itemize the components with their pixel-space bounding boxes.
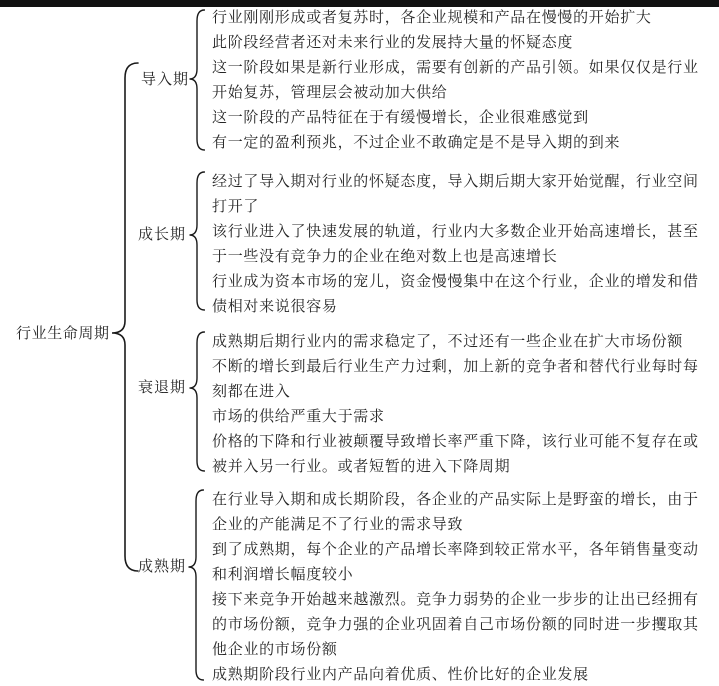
- text-line: 该行业进入了快速发展的轨道，行业内大多数企业开始高速增长，甚至: [212, 220, 712, 245]
- text-line: 他企业的市场份额: [212, 638, 712, 663]
- text-line: 打开了: [212, 195, 712, 220]
- maturity-brace: [188, 489, 204, 681]
- growth-text-block: 经过了导入期对行业的怀疑态度，导入期后期大家开始觉醒，行业空间打开了该行业进入了…: [212, 170, 712, 320]
- industry-lifecycle-mindmap: 行业生命周期 导入期 成长期 衰退期 成熟期 行业刚刚形成或者复苏时，各企业规模…: [0, 0, 719, 686]
- text-line: 市场的供给严重大于需求: [212, 405, 712, 430]
- text-line: 接下来竞争开始越来越激烈。竞争力弱势的企业一步步的让出已经拥有: [212, 588, 712, 613]
- text-line: 于一些没有竞争力的企业在绝对数上也是高速增长: [212, 245, 712, 270]
- branch-label-maturity: 成熟期: [138, 558, 186, 576]
- maturity-text-block: 在行业导入期和成长期阶段，各企业的产品实际上是野蛮的增长，由于企业的产能满足不了…: [212, 488, 712, 686]
- text-line: 成熟期阶段行业内产品向着优质、性价比好的企业发展: [212, 663, 712, 686]
- text-line: 被并入另一行业。或者短暂的进入下降周期: [212, 455, 712, 480]
- branch-label-growth: 成长期: [138, 226, 186, 244]
- text-line: 价格的下降和行业被颠覆导致增长率严重下降，该行业可能不复存在或: [212, 430, 712, 455]
- text-line: 到了成熟期，每个企业的产品增长率降到较正常水平，各年销售量变动: [212, 538, 712, 563]
- text-line: 在行业导入期和成长期阶段，各企业的产品实际上是野蛮的增长，由于: [212, 488, 712, 513]
- text-line: 开始复苏，管理层会被动加大供给: [212, 81, 712, 106]
- root-brace: [111, 62, 139, 572]
- text-line: 的市场份额，竞争力强的企业巩固着自己市场份额的同时进一步攫取其: [212, 613, 712, 638]
- text-line: 行业刚刚形成或者复苏时，各企业规模和产品在慢慢的开始扩大: [212, 6, 712, 31]
- growth-brace: [189, 171, 205, 311]
- root-node-label: 行业生命周期: [16, 325, 110, 343]
- introduction-brace: [189, 9, 205, 151]
- decline-brace: [189, 331, 205, 472]
- text-line: 刻都在进入: [212, 380, 712, 405]
- introduction-text-block: 行业刚刚形成或者复苏时，各企业规模和产品在慢慢的开始扩大此阶段经营者还对未来行业…: [212, 6, 712, 156]
- text-line: 这一阶段的产品特征在于有缓慢增长，企业很难感觉到: [212, 106, 712, 131]
- text-line: 经过了导入期对行业的怀疑态度，导入期后期大家开始觉醒，行业空间: [212, 170, 712, 195]
- text-line: 企业的产能满足不了行业的需求导致: [212, 513, 712, 538]
- decline-text-block: 成熟期后期行业内的需求稳定了，不过还有一些企业在扩大市场份额不断的增长到最后行业…: [212, 330, 712, 480]
- text-line: 行业成为资本市场的宠儿，资金慢慢集中在这个行业，企业的增发和借: [212, 270, 712, 295]
- branch-label-decline: 衰退期: [138, 379, 186, 397]
- text-line: 成熟期后期行业内的需求稳定了，不过还有一些企业在扩大市场份额: [212, 330, 712, 355]
- text-line: 债相对来说很容易: [212, 295, 712, 320]
- text-line: 不断的增长到最后行业生产力过剩，加上新的竞争者和替代行业每时每: [212, 355, 712, 380]
- text-line: 有一定的盈利预兆，不过企业不敢确定是不是导入期的到来: [212, 131, 712, 156]
- branch-label-introduction: 导入期: [141, 71, 189, 89]
- text-line: 这一阶段如果是新行业形成，需要有创新的产品引领。如果仅仅是行业: [212, 56, 712, 81]
- text-line: 和利润增长幅度较小: [212, 563, 712, 588]
- text-line: 此阶段经营者还对未来行业的发展持大量的怀疑态度: [212, 31, 712, 56]
